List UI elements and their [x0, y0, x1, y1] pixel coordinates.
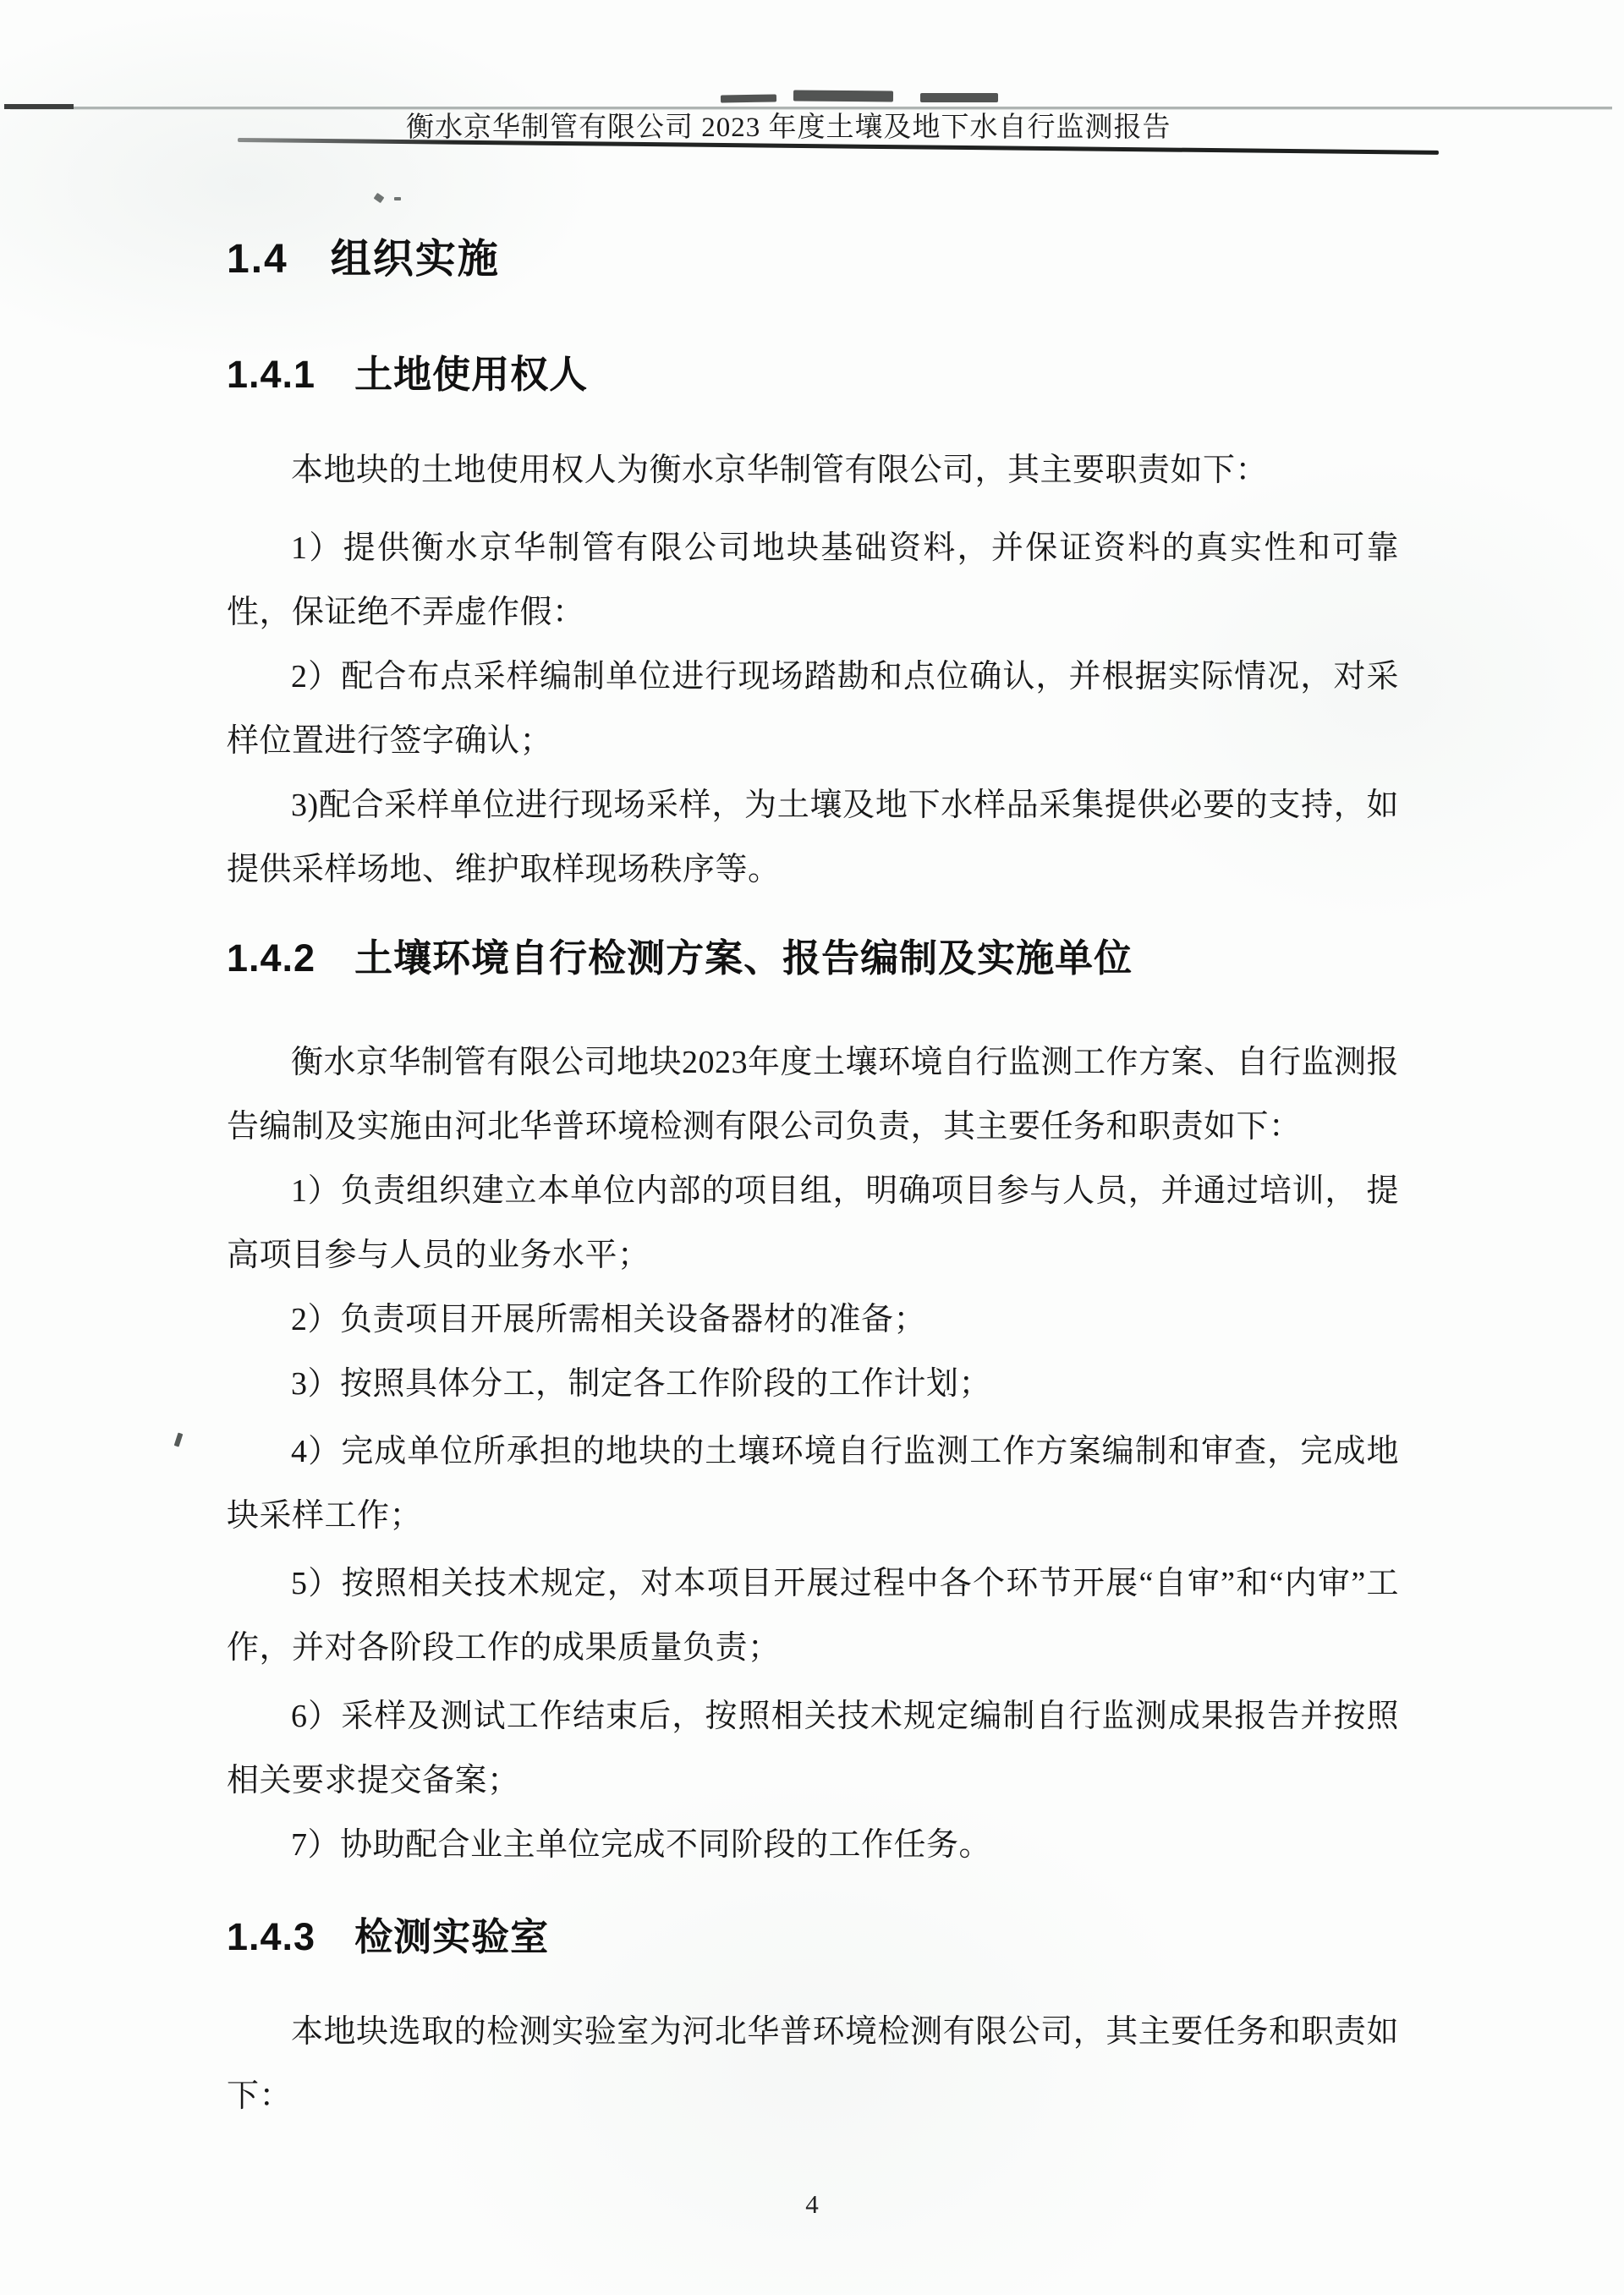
section-heading-1-4-1: 1.4.1 土地使用权人 — [227, 350, 1399, 399]
document-body: 1.4 组织实施 1.4.1 土地使用权人 本地块的土地使用权人为衡水京华制管有… — [227, 0, 1399, 2128]
paragraph-141-item-3: 3)配合采样单位进行现场采样，为土壤及地下水样品采集提供必要的支持，如提供采样场… — [227, 773, 1399, 902]
paragraph-142-item-4: 4）完成单位所承担的地块的土壤环境自行监测工作方案编制和审查，完成地块采样工作； — [227, 1419, 1399, 1548]
paragraph-142-intro: 衡水京华制管有限公司地块2023年度土壤环境自行监测工作方案、自行监测报告编制及… — [227, 1030, 1399, 1159]
paragraph-143-intro: 本地块选取的检测实验室为河北华普环境检测有限公司，其主要任务和职责如下： — [227, 2000, 1399, 2128]
scan-artifact — [174, 1432, 184, 1447]
paragraph-141-item-1: 1）提供衡水京华制管有限公司地块基础资料，并保证资料的真实性和可靠性，保证绝不弄… — [227, 516, 1399, 645]
paragraph-142-item-1: 1）负责组织建立本单位内部的项目组，明确项目参与人员，并通过培训， 提高项目参与… — [227, 1159, 1399, 1288]
document-page: 衡水京华制管有限公司 2023 年度土壤及地下水自行监测报告 1.4 组织实施 … — [0, 0, 1624, 2295]
header-rule-thin-cap — [4, 104, 74, 109]
paragraph-142-item-7: 7）协助配合业主单位完成不同阶段的工作任务。 — [227, 1813, 1399, 1877]
paragraph-142-item-6: 6）采样及测试工作结束后，按照相关技术规定编制自行监测成果报告并按照相关要求提交… — [227, 1684, 1399, 1813]
section-heading-1-4: 1.4 组织实施 — [227, 233, 1399, 286]
paragraph-142-item-5: 5）按照相关技术规定，对本项目开展过程中各个环节开展“自审”和“内审”工作，并对… — [227, 1551, 1399, 1680]
paragraph-142-item-3: 3）按照具体分工，制定各工作阶段的工作计划； — [227, 1352, 1399, 1416]
paragraph-142-item-2: 2）负责项目开展所需相关设备器材的准备； — [227, 1288, 1399, 1352]
page-number: 4 — [0, 2189, 1624, 2220]
paragraph-141-item-2: 2）配合布点采样编制单位进行现场踏勘和点位确认，并根据实际情况，对采样位置进行签… — [227, 645, 1399, 773]
section-heading-1-4-3: 1.4.3 检测实验室 — [227, 1913, 1399, 1962]
section-heading-1-4-2: 1.4.2 土壤环境自行检测方案、报告编制及实施单位 — [227, 934, 1399, 983]
paragraph-141-intro: 本地块的土地使用权人为衡水京华制管有限公司，其主要职责如下： — [227, 438, 1399, 502]
